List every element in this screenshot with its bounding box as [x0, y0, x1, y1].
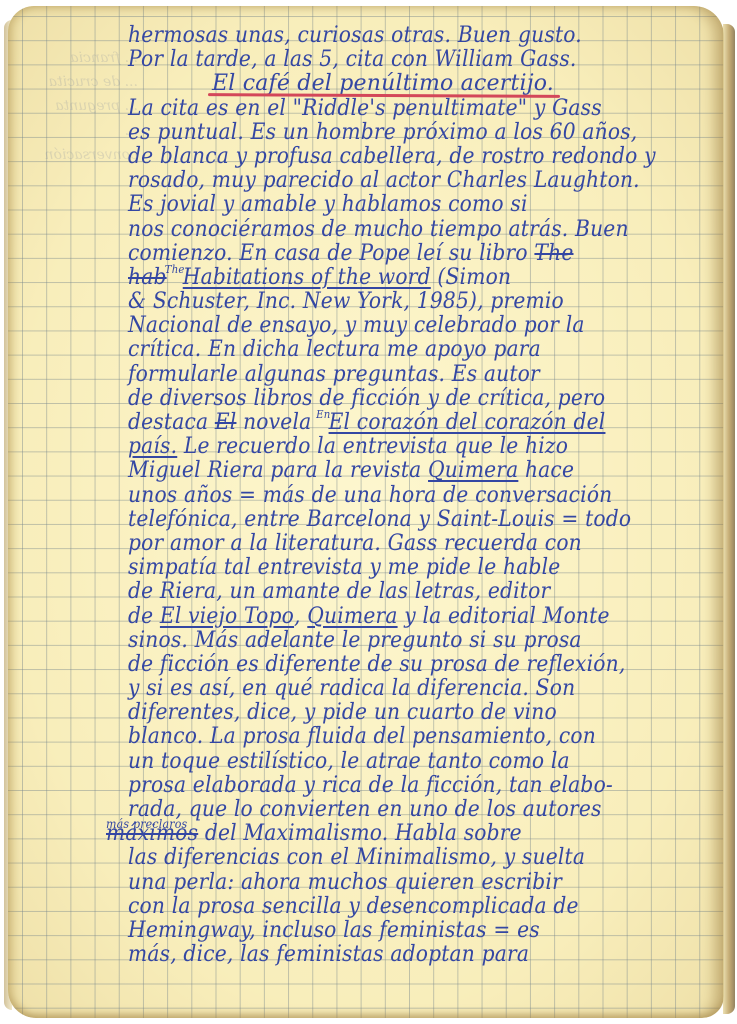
line-text: y si es así, en qué radica la diferencia…: [128, 676, 575, 701]
line-text: crítica. En dicha lectura me apoyo para: [128, 337, 541, 362]
line-text: nos conociéramos de mucho tiempo atrás. …: [128, 217, 629, 242]
line-text: rada, que lo convierten en uno de los au…: [128, 797, 602, 822]
line-text: Por la tarde, a las 5, cita con William …: [128, 47, 577, 72]
entry-title: El café del penúltimo acertijo.: [128, 72, 728, 96]
text-line: & Schuster, Inc. New York, 1985), premio: [128, 290, 680, 314]
text-line: nos conociéramos de mucho tiempo atrás. …: [128, 218, 680, 242]
text-line: La cita es en el "Riddle's penultimate" …: [128, 97, 680, 121]
line-text: las diferencias con el Minimalismo, y su…: [128, 845, 585, 870]
line-text: La cita es en el "Riddle's penultimate" …: [128, 96, 602, 121]
text-line: las diferencias con el Minimalismo, y su…: [128, 846, 680, 870]
line-text: con la prosa sencilla y desencomplicada …: [128, 894, 579, 919]
line-text: y la editorial Monte: [398, 604, 610, 629]
text-line: sinos. Más adelante le pregunto si su pr…: [128, 629, 680, 653]
inserted-word: más preclaros: [106, 812, 187, 836]
text-line: unos años = más de una hora de conversac…: [128, 484, 680, 508]
line-text: prosa elaborada y rica de la ficción, ta…: [128, 773, 613, 798]
ghost-line: ... de crucita: [28, 70, 138, 94]
line-text: Le recuerdo la entrevista que le hizo: [177, 434, 568, 459]
magazine-title: El viejo Topo: [160, 604, 294, 629]
line-text: diferentes, dice, y pide un cuarto de vi…: [128, 700, 557, 725]
line-text: telefónica, entre Barcelona y Saint-Loui…: [128, 507, 631, 532]
text-line: de El viejo Topo, Quimera y la editorial…: [128, 605, 680, 629]
text-line: habTheHabitations of the word (Simon: [128, 266, 680, 290]
line-text: Es jovial y amable y hablamos como si: [128, 192, 528, 217]
ghost-line: ... conversación: [28, 119, 138, 167]
line-text: un toque estilístico, le atrae tanto com…: [128, 749, 570, 774]
book-title: El corazón del corazón del: [329, 410, 606, 435]
text-line: rosado, muy parecido al actor Charles La…: [128, 169, 680, 193]
text-line: de Riera, un amante de las letras, edito…: [128, 580, 680, 604]
line-text: formularle algunas preguntas. Es autor: [128, 362, 540, 387]
text-line: por amor a la literatura. Gass recuerda …: [128, 532, 680, 556]
inserted-word: En: [316, 408, 330, 421]
line-text: (Simon: [431, 265, 511, 290]
text-line: de blanca y profusa cabellera, de rostro…: [128, 145, 680, 169]
line-text: blanco. La prosa fluida del pensamiento,…: [128, 724, 596, 749]
text-line: con la prosa sencilla y desencomplicada …: [128, 895, 680, 919]
text-line: comienzo. En casa de Pope leí su libro T…: [128, 242, 680, 266]
text-line: simpatía tal entrevista y me pide le hab…: [128, 556, 680, 580]
text-line: de ficción es diferente de su prosa de r…: [128, 653, 680, 677]
text-line: Hemingway, incluso las feministas = es: [128, 919, 680, 943]
line-text: del Maximalismo. Habla sobre: [198, 821, 522, 846]
line-text: por amor a la literatura. Gass recuerda …: [128, 531, 582, 556]
text-line: un toque estilístico, le atrae tanto com…: [128, 750, 680, 774]
text-line: Miguel Riera para la revista Quimera hac…: [128, 459, 680, 483]
handwritten-text: hermosas unas, curiosas otras. Buen gust…: [128, 24, 728, 967]
line-text: Hemingway, incluso las feministas = es: [128, 918, 540, 943]
text-line: hermosas unas, curiosas otras. Buen gust…: [128, 24, 680, 48]
line-text: unos años = más de una hora de conversac…: [128, 483, 612, 508]
struck-word: The: [534, 241, 573, 266]
text-line: diferentes, dice, y pide un cuarto de vi…: [128, 701, 680, 725]
line-text: más, dice, las feministas adoptan para: [128, 942, 529, 967]
line-text: simpatía tal entrevista y me pide le hab…: [128, 555, 560, 580]
text-line: crítica. En dicha lectura me apoyo para: [128, 338, 680, 362]
line-text: Nacional de ensayo, y muy celebrado por …: [128, 313, 585, 338]
text-line: país. Le recuerdo la entrevista que le h…: [128, 435, 680, 459]
text-line: una perla: ahora muchos quieren escribir: [128, 871, 680, 895]
inserted-word: The: [165, 263, 185, 276]
line-text: de diversos libros de ficción y de críti…: [128, 386, 605, 411]
text-line: más, dice, las feministas adoptan para: [128, 943, 680, 967]
text-line: Es jovial y amable y hablamos como si: [128, 193, 680, 217]
line-text: destaca: [128, 410, 215, 435]
line-text: novela: [236, 410, 318, 435]
book-title: país.: [128, 434, 177, 459]
ghost-line: ... francia: [28, 46, 138, 70]
text-line: blanco. La prosa fluida del pensamiento,…: [128, 725, 680, 749]
text-line: máximosmás preclaros del Maximalismo. Ha…: [106, 822, 678, 846]
line-text: hace: [518, 458, 574, 483]
magazine-title: Quimera: [428, 458, 518, 483]
book-title: Habitations of the word: [183, 265, 431, 290]
struck-word: El: [215, 410, 237, 435]
line-text: es puntual. Es un hombre próximo a los 6…: [128, 120, 637, 145]
text-line: formularle algunas preguntas. Es autor: [128, 363, 680, 387]
text-line: y si es así, en qué radica la diferencia…: [128, 677, 680, 701]
text-line: es puntual. Es un hombre próximo a los 6…: [128, 121, 680, 145]
line-text: comienzo. En casa de Pope leí su libro: [128, 241, 528, 266]
ghost-line: ... pregunta: [28, 94, 138, 118]
text-line: destaca El novela EnEl corazón del coraz…: [128, 411, 680, 435]
line-text: de blanca y profusa cabellera, de rostro…: [128, 144, 656, 169]
line-text: sinos. Más adelante le pregunto si su pr…: [128, 628, 582, 653]
magazine-title: Quimera: [307, 604, 397, 629]
text-line: prosa elaborada y rica de la ficción, ta…: [128, 774, 680, 798]
text-line: Nacional de ensayo, y muy celebrado por …: [128, 314, 680, 338]
line-text: Miguel Riera para la revista: [128, 458, 428, 483]
text-line: telefónica, entre Barcelona y Saint-Loui…: [128, 508, 680, 532]
line-text: hermosas unas, curiosas otras. Buen gust…: [128, 23, 582, 48]
line-text: de Riera, un amante de las letras, edito…: [128, 579, 550, 604]
line-text: de ficción es diferente de su prosa de r…: [128, 652, 626, 677]
title-text: El café del penúltimo acertijo.: [212, 72, 554, 96]
text-line: Por la tarde, a las 5, cita con William …: [128, 48, 680, 72]
text-line: de diversos libros de ficción y de críti…: [128, 387, 680, 411]
bleed-through-text: ... francia ... de crucita ... pregunta …: [28, 46, 138, 167]
line-text: de: [128, 604, 160, 629]
line-text: & Schuster, Inc. New York, 1985), premio: [128, 289, 564, 314]
line-text: ,: [294, 604, 307, 629]
struck-word: hab: [128, 265, 167, 290]
text-line: rada, que lo convierten en uno de los au…: [128, 798, 680, 822]
line-text: una perla: ahora muchos quieren escribir: [128, 870, 562, 895]
line-text: rosado, muy parecido al actor Charles La…: [128, 168, 640, 193]
